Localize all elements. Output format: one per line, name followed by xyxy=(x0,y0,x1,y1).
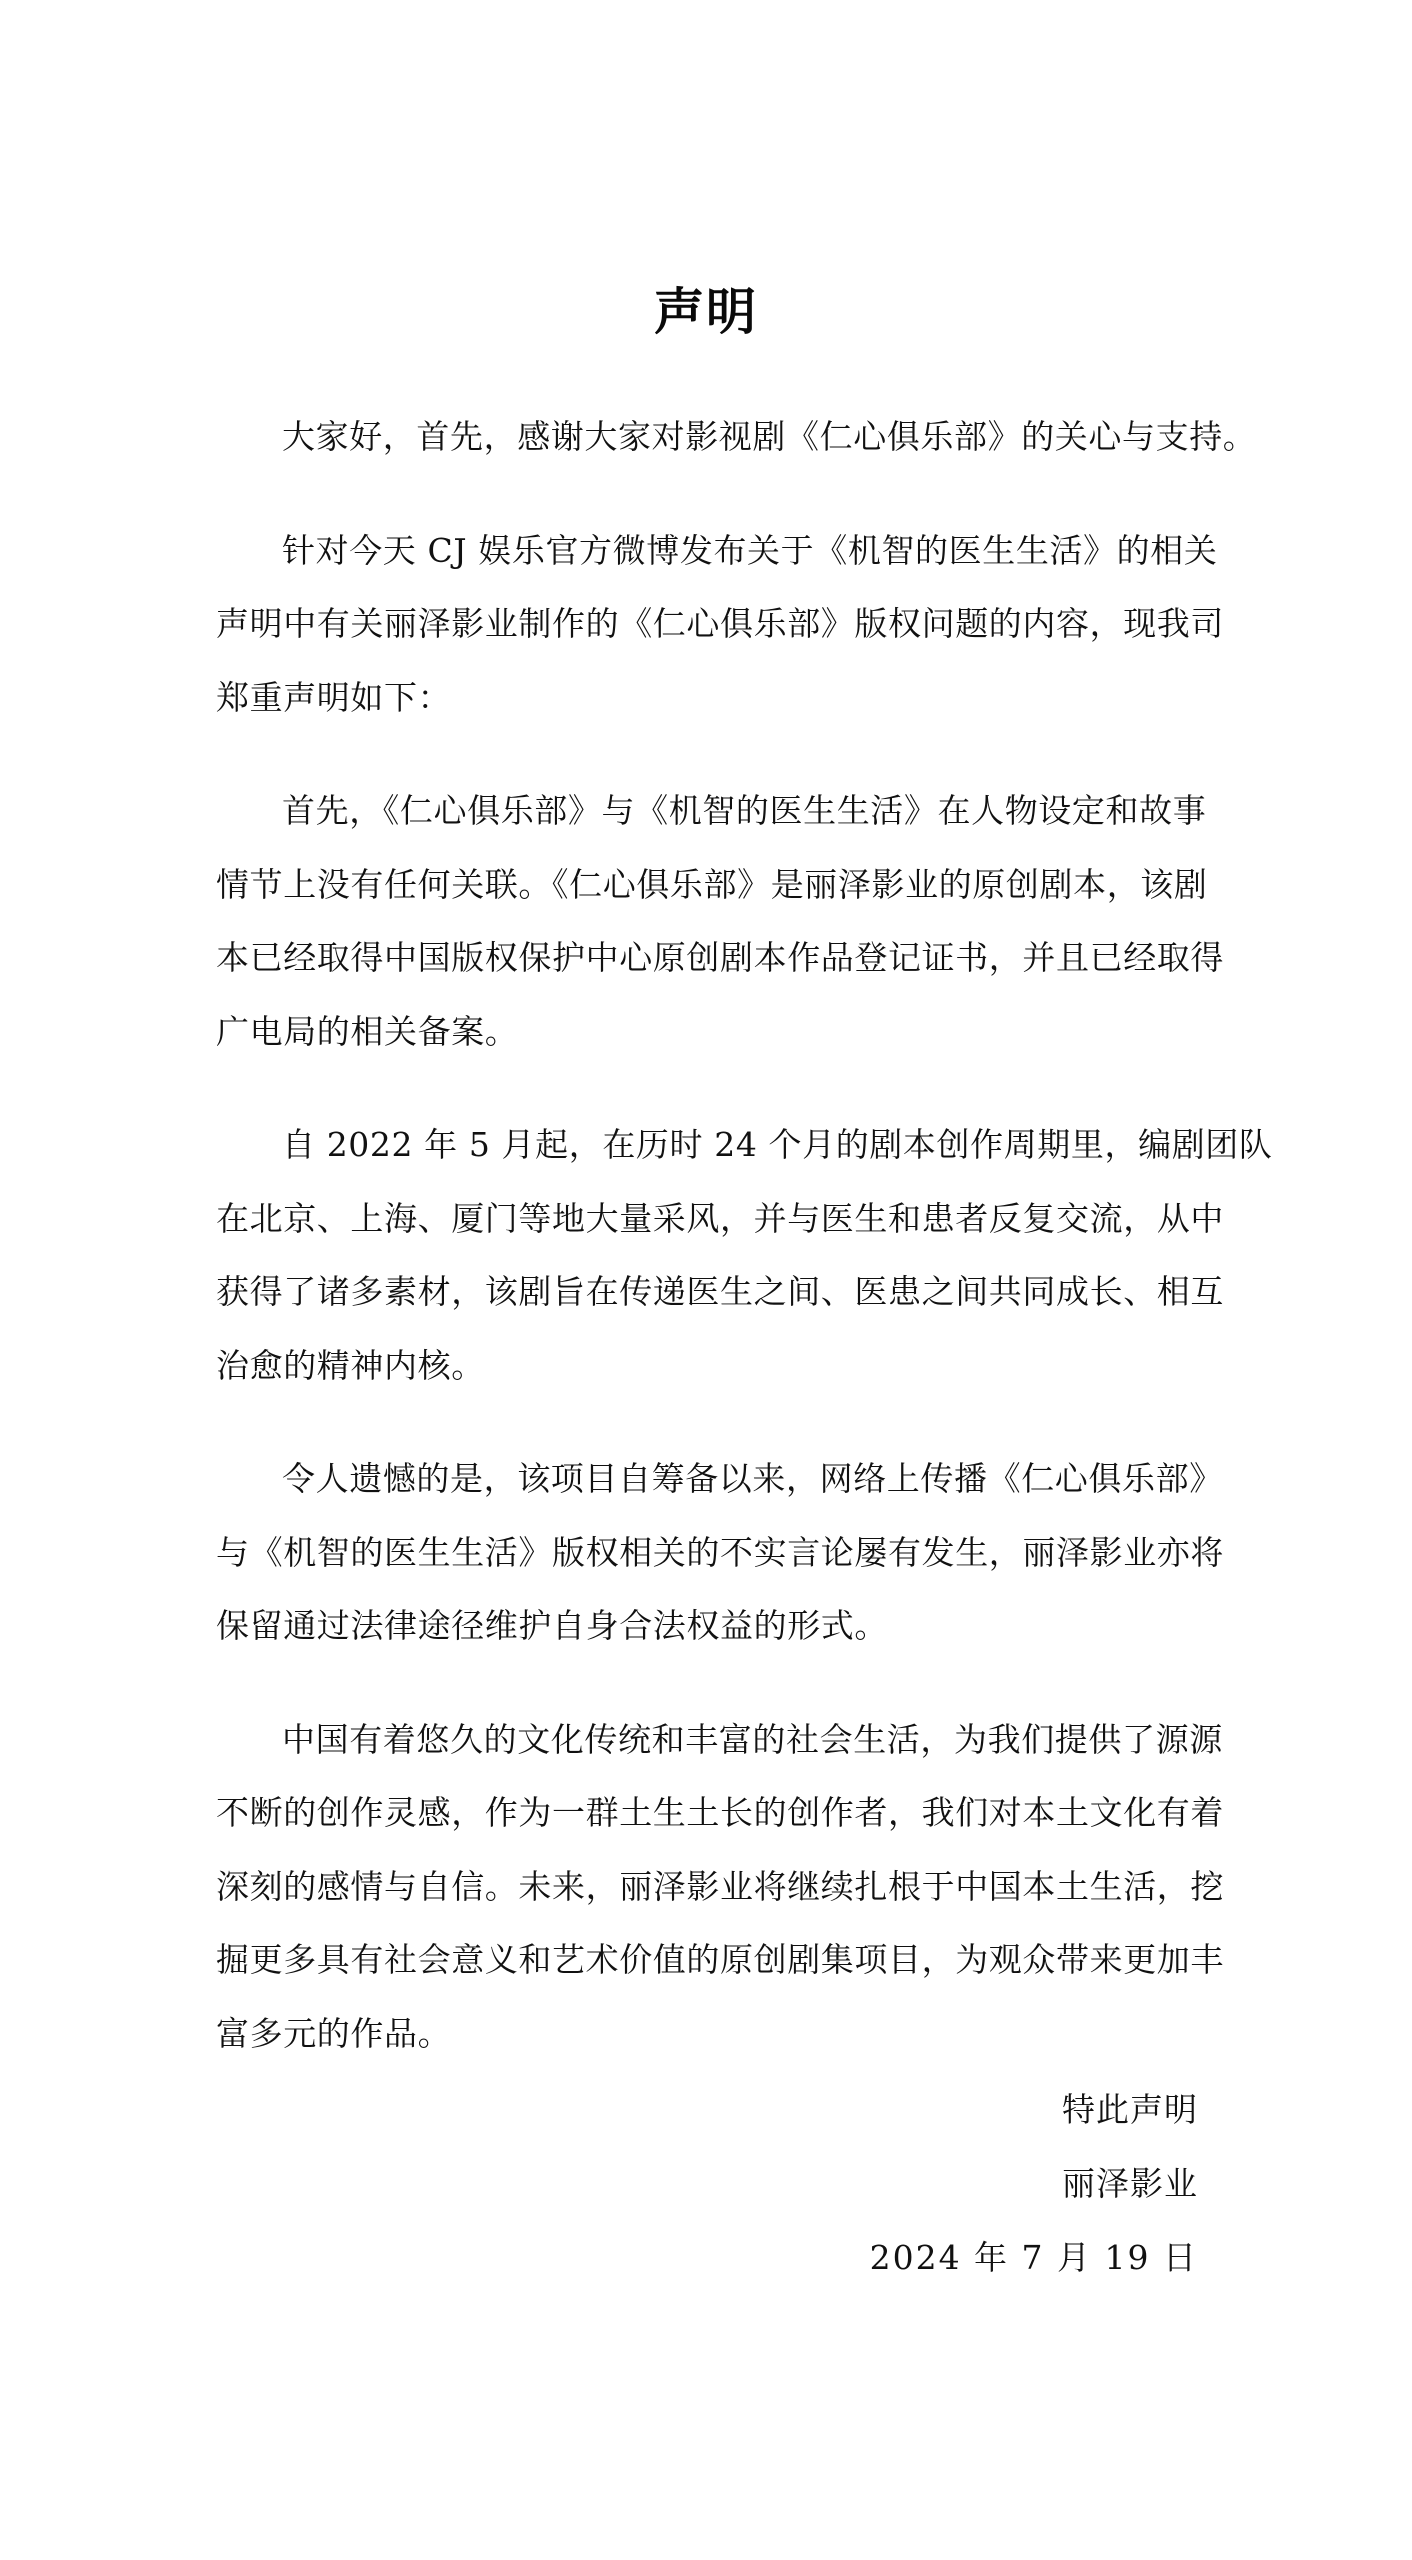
statement-date: 2024 年 7 月 19 日 xyxy=(870,2238,1198,2278)
closing-phrase: 特此声明 xyxy=(1062,2090,1198,2130)
paragraph-line: 自 2022 年 5 月起，在历时 24 个月的剧本创作周期里，编剧团队 xyxy=(216,1108,1198,1182)
paragraph-line: 广电局的相关备案。 xyxy=(216,995,1198,1069)
paragraph-line: 获得了诸多素材，该剧旨在传递医生之间、医患之间共同成长、相互 xyxy=(216,1255,1198,1329)
paragraph-context: 针对今天 CJ 娱乐官方微博发布关于《机智的医生生活》的相关 声明中有关丽泽影业… xyxy=(216,514,1198,735)
signatory-company: 丽泽影业 xyxy=(1062,2164,1198,2204)
statement-title: 声明 xyxy=(0,282,1412,342)
paragraph-line: 富多元的作品。 xyxy=(216,1997,1198,2071)
paragraph-originality: 首先，《仁心俱乐部》与《机智的医生生活》在人物设定和故事 情节上没有任何关联。《… xyxy=(216,774,1198,1068)
paragraph-line: 大家好，首先，感谢大家对影视剧《仁心俱乐部》的关心与支持。 xyxy=(216,400,1198,474)
paragraph-line: 与《机智的医生生活》版权相关的不实言论屡有发生，丽泽影业亦将 xyxy=(216,1516,1198,1590)
paragraph-line: 令人遗憾的是，该项目自筹备以来，网络上传播《仁心俱乐部》 xyxy=(216,1442,1198,1516)
paragraph-line: 首先，《仁心俱乐部》与《机智的医生生活》在人物设定和故事 xyxy=(216,774,1198,848)
statement-page: 声明 大家好，首先，感谢大家对影视剧《仁心俱乐部》的关心与支持。 针对今天 CJ… xyxy=(0,0,1412,2560)
statement-body: 大家好，首先，感谢大家对影视剧《仁心俱乐部》的关心与支持。 针对今天 CJ 娱乐… xyxy=(216,400,1198,2110)
paragraph-greeting: 大家好，首先，感谢大家对影视剧《仁心俱乐部》的关心与支持。 xyxy=(216,400,1198,474)
paragraph-line: 掘更多具有社会意义和艺术价值的原创剧集项目，为观众带来更加丰 xyxy=(216,1923,1198,1997)
paragraph-line: 情节上没有任何关联。《仁心俱乐部》是丽泽影业的原创剧本，该剧 xyxy=(216,848,1198,922)
paragraph-line: 本已经取得中国版权保护中心原创剧本作品登记证书，并且已经取得 xyxy=(216,921,1198,995)
paragraph-creation-history: 自 2022 年 5 月起，在历时 24 个月的剧本创作周期里，编剧团队 在北京… xyxy=(216,1108,1198,1402)
paragraph-line: 在北京、上海、厦门等地大量采风，并与医生和患者反复交流，从中 xyxy=(216,1182,1198,1256)
paragraph-line: 针对今天 CJ 娱乐官方微博发布关于《机智的医生生活》的相关 xyxy=(216,514,1198,588)
paragraph-line: 中国有着悠久的文化传统和丰富的社会生活，为我们提供了源源 xyxy=(216,1703,1198,1777)
paragraph-legal-notice: 令人遗憾的是，该项目自筹备以来，网络上传播《仁心俱乐部》 与《机智的医生生活》版… xyxy=(216,1442,1198,1663)
paragraph-line: 深刻的感情与自信。未来，丽泽影业将继续扎根于中国本土生活，挖 xyxy=(216,1850,1198,1924)
paragraph-line: 治愈的精神内核。 xyxy=(216,1329,1198,1403)
paragraph-line: 声明中有关丽泽影业制作的《仁心俱乐部》版权问题的内容，现我司 xyxy=(216,587,1198,661)
paragraph-line: 保留通过法律途径维护自身合法权益的形式。 xyxy=(216,1589,1198,1663)
paragraph-line: 不断的创作灵感，作为一群土生土长的创作者，我们对本土文化有着 xyxy=(216,1776,1198,1850)
paragraph-vision: 中国有着悠久的文化传统和丰富的社会生活，为我们提供了源源 不断的创作灵感，作为一… xyxy=(216,1703,1198,2071)
paragraph-line: 郑重声明如下： xyxy=(216,661,1198,735)
